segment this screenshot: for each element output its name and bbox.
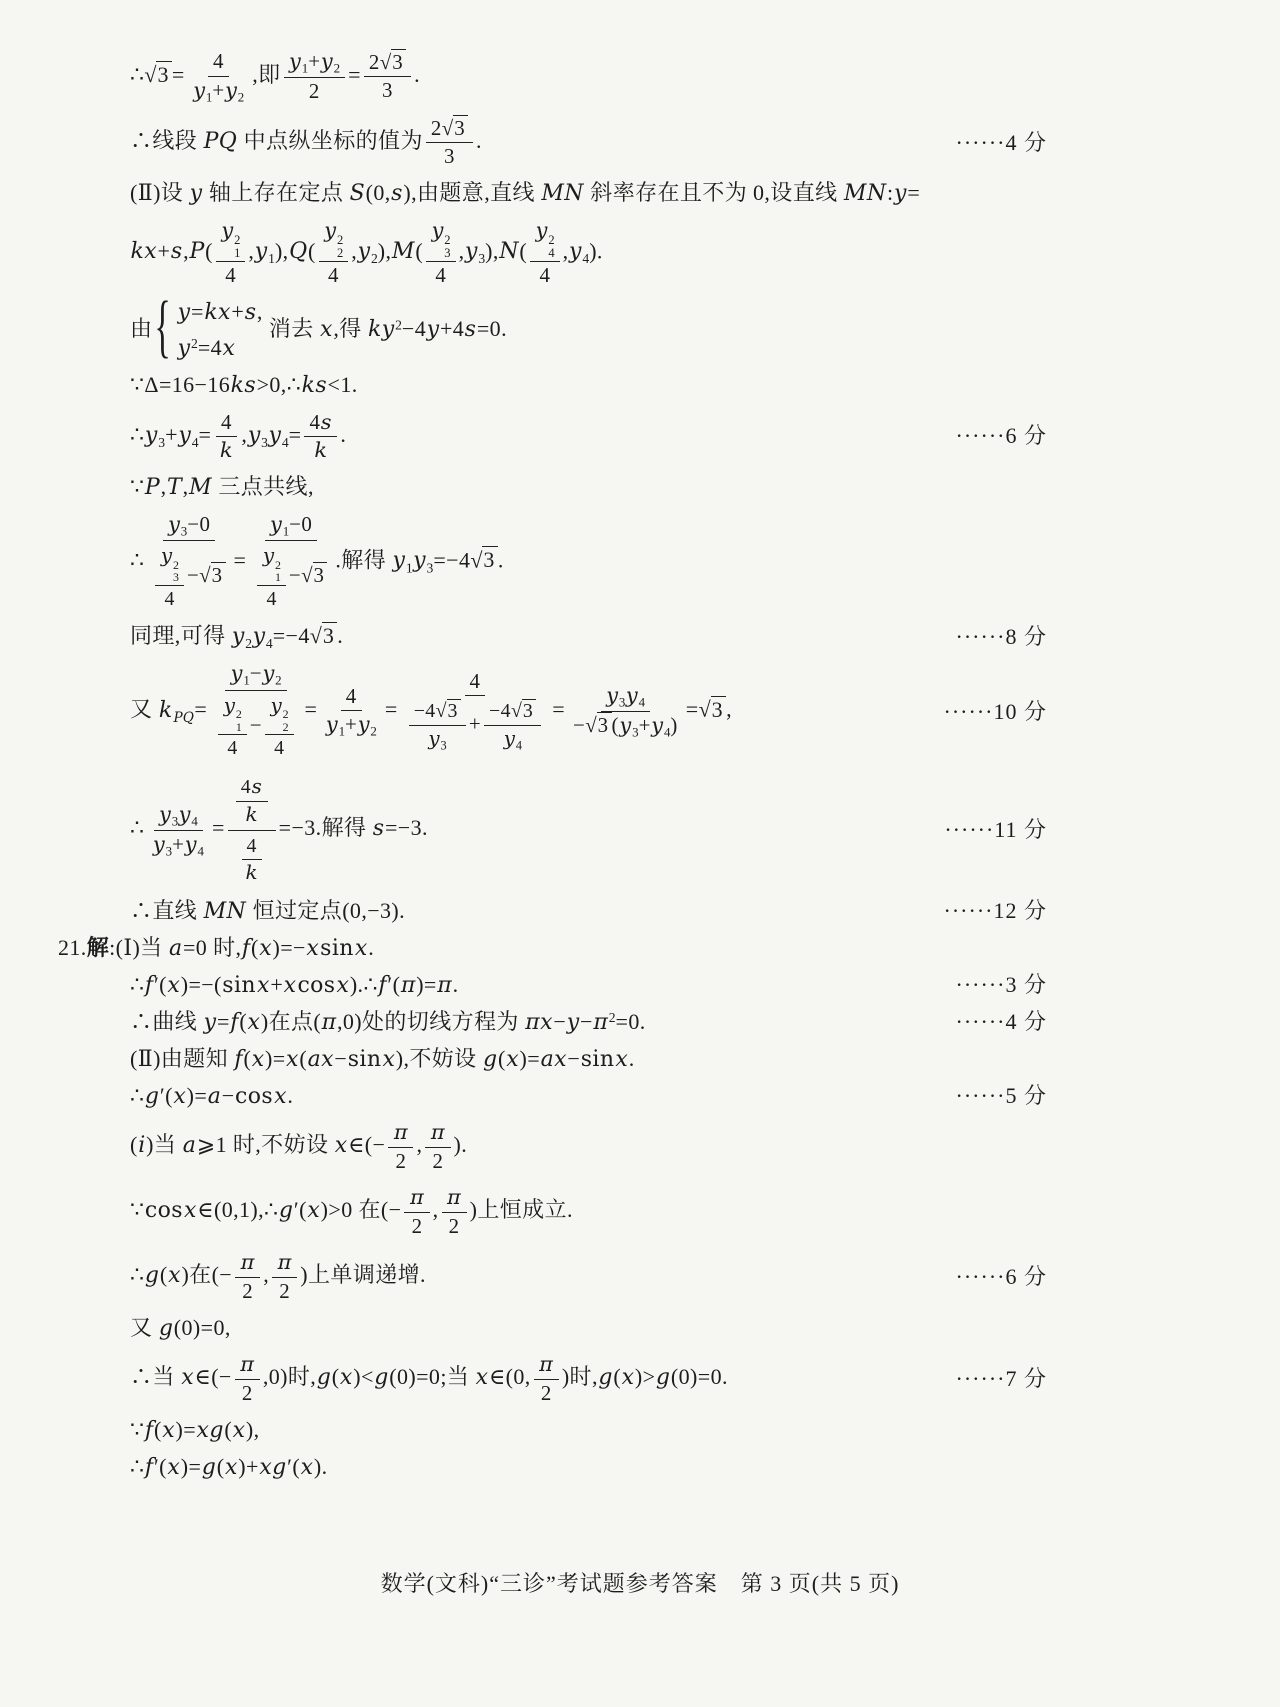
math-line: ∴y3−0y234−√3=y1−0y214−√3.解得 y1y3=−4√3. — [130, 510, 1047, 615]
page-footer: 数学(文科)“三诊”考试题参考答案 第 3 页(共 5 页) — [0, 1570, 1280, 1599]
formula: (Ⅱ)设 y 轴上存在定点 S(0,s),由题意,直线 MN 斜率存在且不为 0… — [130, 179, 920, 209]
formula: ∴f′(x)=−(sinx+xcosx).∴f′(π)=π. — [130, 971, 459, 1001]
math-line: 由{y=kx+s,y2=4x消去 x,得 ky2−4y+4s=0. — [130, 298, 1047, 364]
math-line: ∴y3+y4=4k,y3y4=4sk.······6 分 — [130, 408, 1047, 466]
math-line: 又 kPQ=y1−y2y214−y224=4y1+y2=4−4√3y3+−4√3… — [130, 659, 1047, 764]
score-mark: ······8 分 — [944, 623, 1047, 652]
exam-answer-page: ∴√3=4y1+y2,即y1+y22=2√33.∴线段 PQ 中点纵坐标的值为2… — [0, 0, 1280, 1707]
math-line: ∵f(x)=xg(x), — [130, 1415, 1047, 1445]
math-line: (i)当 a⩾1 时,不妨设 x∈(−π2,π2). — [130, 1118, 1047, 1176]
score-mark: ······5 分 — [944, 1082, 1047, 1111]
math-line: ∴y3y4y3+y4=4sk4k=−3.解得 s=−3.······11 分 — [130, 771, 1047, 889]
math-line: kx+s,P(y214,y1),Q(y224,y2),M(y234,y3),N(… — [130, 216, 1047, 291]
score-mark: ······12 分 — [932, 897, 1047, 926]
formula: (Ⅱ)由题知 f(x)=x(ax−sinx),不妨设 g(x)=ax−sinx. — [130, 1045, 635, 1075]
formula: ∵P,T,M 三点共线, — [130, 473, 314, 503]
math-line: ∴g′(x)=a−cosx.······5 分 — [130, 1081, 1047, 1111]
score-mark: ······6 分 — [944, 422, 1047, 451]
formula: 同理,可得 y2y4=−4√3. — [130, 622, 343, 652]
answer-lines: ∴√3=4y1+y2,即y1+y22=2√33.∴线段 PQ 中点纵坐标的值为2… — [0, 0, 1280, 1482]
formula: ∴y3+y4=4k,y3y4=4sk. — [130, 408, 346, 466]
score-mark: ······4 分 — [944, 1008, 1047, 1037]
formula: 21.解:(Ⅰ)当 a=0 时,f(x)=−xsinx. — [58, 934, 374, 964]
math-line: ∴f′(x)=g(x)+xg′(x). — [130, 1452, 1047, 1482]
formula: ∴y3y4y3+y4=4sk4k=−3.解得 s=−3. — [130, 771, 428, 889]
math-line: ∴曲线 y=f(x)在点(π,0)处的切线方程为 πx−y−π2=0.·····… — [130, 1007, 1047, 1037]
math-line: ∵P,T,M 三点共线, — [130, 473, 1047, 503]
formula: kx+s,P(y214,y1),Q(y224,y2),M(y234,y3),N(… — [130, 216, 603, 291]
formula: ∴√3=4y1+y2,即y1+y22=2√33. — [130, 47, 420, 107]
math-line: 又 g(0)=0, — [130, 1313, 1047, 1343]
math-line: ∴f′(x)=−(sinx+xcosx).∴f′(π)=π.······3 分 — [130, 970, 1047, 1000]
math-line: 同理,可得 y2y4=−4√3.······8 分 — [130, 622, 1047, 652]
formula: 由{y=kx+s,y2=4x消去 x,得 ky2−4y+4s=0. — [130, 298, 507, 364]
score-mark: ······6 分 — [944, 1263, 1047, 1292]
math-line: (Ⅱ)由题知 f(x)=x(ax−sinx),不妨设 g(x)=ax−sinx. — [130, 1044, 1047, 1074]
formula: ∴线段 PQ 中点纵坐标的值为2√33. — [130, 114, 482, 172]
score-mark: ······11 分 — [932, 816, 1047, 845]
math-line: (Ⅱ)设 y 轴上存在定点 S(0,s),由题意,直线 MN 斜率存在且不为 0… — [130, 179, 1047, 209]
score-mark: ······10 分 — [932, 698, 1047, 727]
math-line: ∴直线 MN 恒过定点(0,−3).······12 分 — [130, 896, 1047, 926]
math-line: ∴g(x)在(−π2,π2)上单调递增.······6 分 — [130, 1248, 1047, 1306]
math-line: ∴√3=4y1+y2,即y1+y22=2√33. — [130, 47, 1047, 107]
score-mark: ······4 分 — [944, 129, 1047, 158]
formula: ∴g′(x)=a−cosx. — [130, 1082, 293, 1112]
math-line: ∴线段 PQ 中点纵坐标的值为2√33.······4 分 — [130, 114, 1047, 172]
formula: ∴g(x)在(−π2,π2)上单调递增. — [130, 1248, 426, 1306]
math-line: ∵Δ=16−16ks>0,∴ks<1. — [130, 371, 1047, 401]
formula: ∵f(x)=xg(x), — [130, 1416, 260, 1446]
formula: ∵Δ=16−16ks>0,∴ks<1. — [130, 371, 358, 401]
formula: ∴曲线 y=f(x)在点(π,0)处的切线方程为 πx−y−π2=0. — [130, 1008, 646, 1038]
formula: ∴f′(x)=g(x)+xg′(x). — [130, 1453, 328, 1483]
formula: ∴直线 MN 恒过定点(0,−3). — [130, 897, 405, 927]
formula: ∴当 x∈(−π2,0)时,g(x)<g(0)=0;当 x∈(0,π2)时,g(… — [130, 1350, 728, 1408]
formula: 又 g(0)=0, — [130, 1314, 231, 1344]
formula: (i)当 a⩾1 时,不妨设 x∈(−π2,π2). — [130, 1118, 467, 1176]
formula: ∴y3−0y234−√3=y1−0y214−√3.解得 y1y3=−4√3. — [130, 510, 504, 615]
math-line: 21.解:(Ⅰ)当 a=0 时,f(x)=−xsinx. — [58, 933, 1047, 963]
math-line: ∴当 x∈(−π2,0)时,g(x)<g(0)=0;当 x∈(0,π2)时,g(… — [130, 1350, 1047, 1408]
score-mark: ······3 分 — [944, 971, 1047, 1000]
formula: 又 kPQ=y1−y2y214−y224=4y1+y2=4−4√3y3+−4√3… — [130, 659, 732, 764]
math-line: ∵cosx∈(0,1),∴g′(x)>0 在(−π2,π2)上恒成立. — [130, 1183, 1047, 1241]
score-mark: ······7 分 — [944, 1365, 1047, 1394]
formula: ∵cosx∈(0,1),∴g′(x)>0 在(−π2,π2)上恒成立. — [130, 1183, 573, 1241]
